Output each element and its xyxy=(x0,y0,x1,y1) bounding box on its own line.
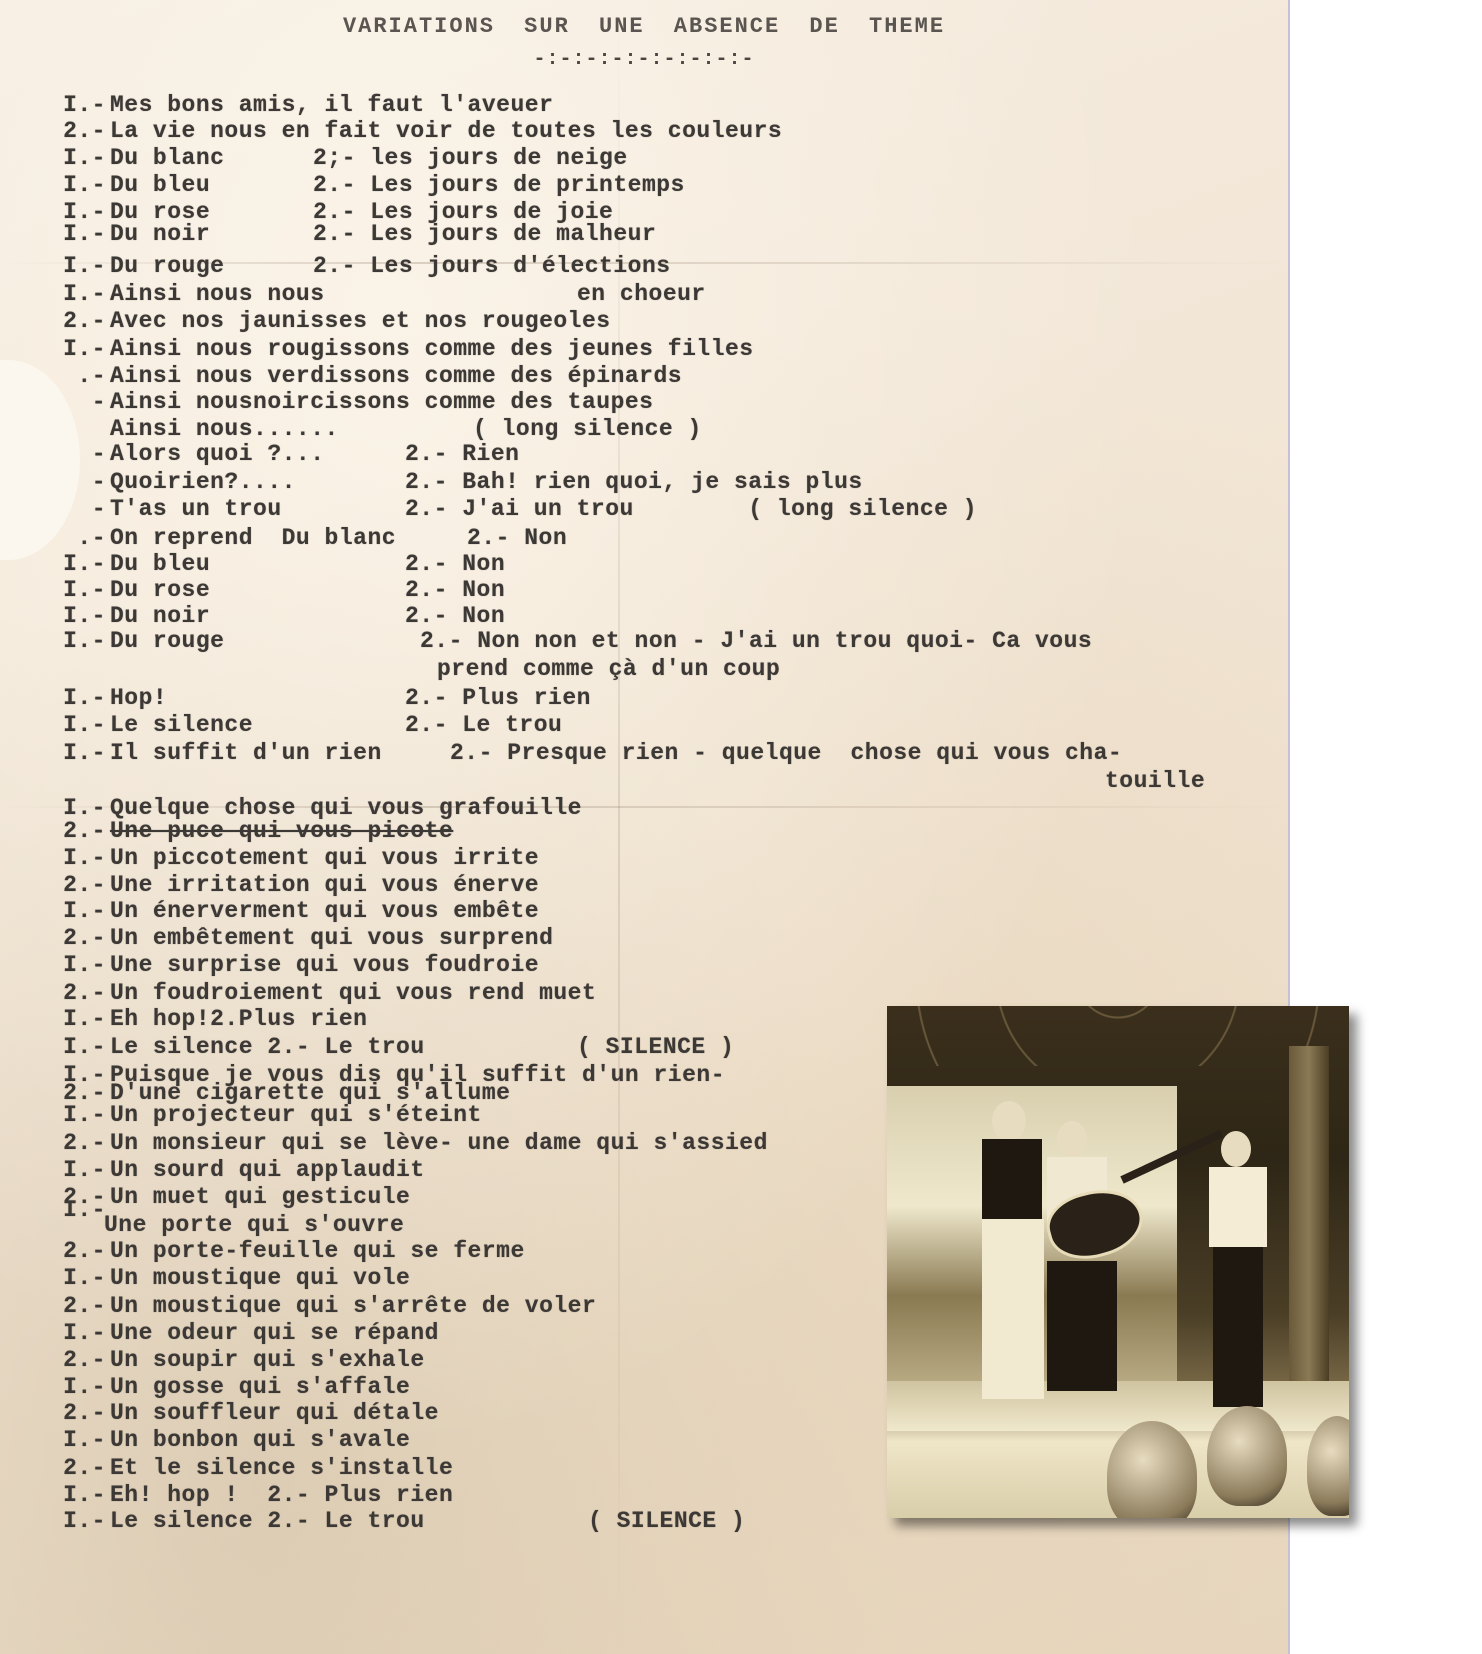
line-text: Un monsieur qui se lève- une dame qui s'… xyxy=(110,1130,768,1156)
line-text: Hop! xyxy=(110,685,167,711)
line-text: Un muet qui gesticule xyxy=(110,1184,410,1210)
line-text: Un sourd qui applaudit xyxy=(110,1157,425,1183)
line-text: Une puce qui vous picote xyxy=(110,818,453,844)
line-text: Un embêtement qui vous surprend xyxy=(110,925,553,951)
speaker-number: I.- xyxy=(46,845,106,871)
line-text: Le silence xyxy=(110,712,253,738)
speaker-number: I.- xyxy=(46,685,106,711)
line-text: Ainsi nous nous xyxy=(110,281,325,307)
speaker-number: I.- xyxy=(46,1265,106,1291)
speaker-number: I.- xyxy=(46,1034,106,1060)
speaker-number: - xyxy=(46,441,106,467)
speaker-number: 2.- xyxy=(46,818,106,844)
speaker-number: I.- xyxy=(46,551,106,577)
script-line: I.-Un moustique qui vole xyxy=(46,1265,410,1291)
script-line: 2.-Un foudroiement qui vous rend muet xyxy=(46,980,596,1006)
script-line: I.-Du rouge2.- Les jours d'élections xyxy=(46,253,224,279)
script-line: 2.-Un monsieur qui se lève- une dame qui… xyxy=(46,1130,768,1156)
line-text: La vie nous en fait voir de toutes les c… xyxy=(110,118,782,144)
line-text: Du noir xyxy=(110,603,210,629)
speaker-number: 2.- xyxy=(46,980,106,1006)
audience-head xyxy=(1207,1406,1287,1506)
speaker-number: - xyxy=(46,469,106,495)
script-line: 2.-Un soupir qui s'exhale xyxy=(46,1347,425,1373)
script-line: I.-Une odeur qui se répand xyxy=(46,1320,439,1346)
speaker-number: 2.- xyxy=(46,872,106,898)
speaker-number: I.- xyxy=(46,1482,106,1508)
script-line: .-Ainsi nous verdissons comme des épinar… xyxy=(46,363,682,389)
line-text: Mes bons amis, il faut l'aveuer xyxy=(110,92,553,118)
speaker-number: I.- xyxy=(46,1374,106,1400)
speaker-number: I.- xyxy=(46,898,106,924)
speaker-number: 2.- xyxy=(46,925,106,951)
reply-text: 2.- Non xyxy=(405,603,505,629)
script-line: 2.-Un souffleur qui détale xyxy=(46,1400,439,1426)
line-text: Un souffleur qui détale xyxy=(110,1400,439,1426)
speaker-number: 2.- xyxy=(46,1455,106,1481)
reply-text: 2.- Presque rien - quelque chose qui vou… xyxy=(450,740,1122,766)
line-text: Le silence 2.- Le trou xyxy=(110,1508,425,1534)
speaker-number: I.- xyxy=(46,281,106,307)
line-text: Eh hop!2.Plus rien xyxy=(110,1006,367,1032)
line-text: Un porte-feuille qui se ferme xyxy=(110,1238,525,1264)
reply-text: prend comme çà d'un coup xyxy=(437,656,780,682)
reply-text: ( long silence ) xyxy=(473,416,702,442)
script-line: I.-Un bonbon qui s'avale xyxy=(46,1427,410,1453)
speaker-number: I.- xyxy=(46,253,106,279)
script-line: I.-Du noir2.- Non xyxy=(46,603,210,629)
speaker-number: I.- xyxy=(46,952,106,978)
reply-text: 2.- Les jours de malheur xyxy=(313,221,656,247)
speaker-number: 2.- xyxy=(46,1130,106,1156)
script-line: I.-Du rose2.- Non xyxy=(46,577,210,603)
line-text: Un moustique qui vole xyxy=(110,1265,410,1291)
script-line: 2.-Et le silence s'installe xyxy=(46,1455,453,1481)
script-line: -Ainsi nousnoircissons comme des taupes xyxy=(46,389,654,415)
script-line: I.-Hop!2.- Plus rien xyxy=(46,685,167,711)
speaker-number: - xyxy=(46,389,106,415)
line-text: Ainsi nousnoircissons comme des taupes xyxy=(110,389,654,415)
script-line: I.-Le silence 2.- Le trou( SILENCE ) xyxy=(46,1034,425,1060)
line-text: Alors quoi ?... xyxy=(110,441,325,467)
line-text: Un gosse qui s'affale xyxy=(110,1374,410,1400)
speaker-number: I.- xyxy=(46,172,106,198)
speaker-number: I.- xyxy=(46,740,106,766)
speaker-number: I.- xyxy=(46,145,106,171)
line-text: T'as un trou xyxy=(110,496,282,522)
line-text: Un moustique qui s'arrête de voler xyxy=(110,1293,596,1319)
speaker-number: I.- xyxy=(46,603,106,629)
speaker-number: - xyxy=(46,496,106,522)
stage-performance-photo xyxy=(887,1006,1349,1518)
line-text: Quoirien?.... xyxy=(110,469,296,495)
line-text: Du rouge xyxy=(110,253,224,279)
script-line: I.-Un énerverment qui vous embête xyxy=(46,898,539,924)
speaker-number: I.- xyxy=(46,1006,106,1032)
script-line: prend comme çà d'un coup xyxy=(46,656,110,682)
speaker-number: I.- xyxy=(46,92,106,118)
line-text: Du noir xyxy=(110,221,210,247)
speaker-number: .- xyxy=(46,363,106,389)
line-text: Une surprise qui vous foudroie xyxy=(110,952,539,978)
reply-text: 2.- Les jours d'élections xyxy=(313,253,671,279)
line-text: Un projecteur qui s'éteint xyxy=(110,1102,482,1128)
reply-text: 2.- Non xyxy=(405,551,505,577)
stage-curtain xyxy=(1289,1046,1329,1386)
reply-text: 2.- Non non et non - J'ai un trou quoi- … xyxy=(420,628,1092,654)
line-text: Du rose xyxy=(110,577,210,603)
reply-text: touille xyxy=(1105,768,1205,794)
line-text: Un énerverment qui vous embête xyxy=(110,898,539,924)
line-text: Du rouge xyxy=(110,628,224,654)
speaker-number: 2.- xyxy=(46,1400,106,1426)
reply-text: 2.- Plus rien xyxy=(405,685,591,711)
script-line: I.-Une surprise qui vous foudroie xyxy=(46,952,539,978)
script-line: I.-Un piccotement qui vous irrite xyxy=(46,845,539,871)
script-line: I.-Du bleu2.- Non xyxy=(46,551,210,577)
reply-text: 2.- Le trou xyxy=(405,712,562,738)
line-text: Un foudroiement qui vous rend muet xyxy=(110,980,596,1006)
script-line: 2.-La vie nous en fait voir de toutes le… xyxy=(46,118,782,144)
script-line: 2.-Une irritation qui vous énerve xyxy=(46,872,539,898)
title-divider: -:-:-:-:-:-:-:-:- xyxy=(0,48,1288,71)
speaker-number: 2.- xyxy=(46,1293,106,1319)
line-text: Un piccotement qui vous irrite xyxy=(110,845,539,871)
script-line: 2.-Une puce qui vous picote xyxy=(46,818,453,844)
document-title: VARIATIONS SUR UNE ABSENCE DE THEME xyxy=(0,14,1288,39)
script-line: 2.-Un moustique qui s'arrête de voler xyxy=(46,1293,596,1319)
speaker-number: 2.- xyxy=(46,1347,106,1373)
script-line: .-On reprend Du blanc2.- Non xyxy=(46,525,396,551)
speaker-number: 2.- xyxy=(46,1238,106,1264)
reply-text: ( SILENCE ) xyxy=(577,1034,734,1060)
script-line: I.-Du bleu2.- Les jours de printemps xyxy=(46,172,210,198)
script-line: I.-Le silence2.- Le trou xyxy=(46,712,253,738)
speaker-number: I.- xyxy=(46,221,106,247)
speaker-number: I.- xyxy=(46,1157,106,1183)
line-text: Du bleu xyxy=(110,551,210,577)
reply-text: 2.- Les jours de printemps xyxy=(313,172,685,198)
speaker-number: I.- xyxy=(46,628,106,654)
reply-text: 2.- Rien xyxy=(405,441,519,467)
reply-text: 2.- Bah! rien quoi, je sais plus xyxy=(405,469,863,495)
script-line: I.-Ainsi nous nousen choeur xyxy=(46,281,325,307)
speaker-number: 2.- xyxy=(46,308,106,334)
script-line: I.-Il suffit d'un rien2.- Presque rien -… xyxy=(46,740,382,766)
script-line: 2.-Un porte-feuille qui se ferme xyxy=(46,1238,525,1264)
speaker-number: I.- xyxy=(46,1427,106,1453)
line-text: Une porte qui s'ouvre xyxy=(104,1212,404,1238)
script-line: I.-Ainsi nous rougissons comme des jeune… xyxy=(46,336,754,362)
script-line: I.-Le silence 2.- Le trou( SILENCE ) xyxy=(46,1508,425,1534)
reply-text: ( SILENCE ) xyxy=(588,1508,745,1534)
line-text: On reprend Du blanc xyxy=(110,525,396,551)
speaker-number: I.- xyxy=(46,712,106,738)
script-line: I.-Eh hop!2.Plus rien xyxy=(46,1006,367,1032)
line-text: Un bonbon qui s'avale xyxy=(110,1427,410,1453)
reply-text: 2.- J'ai un trou ( long silence ) xyxy=(405,496,977,522)
script-line: I.-Mes bons amis, il faut l'aveuer xyxy=(46,92,553,118)
line-text: Ainsi nous...... xyxy=(110,416,339,442)
line-text: Et le silence s'installe xyxy=(110,1455,453,1481)
script-line: I.-Un projecteur qui s'éteint xyxy=(46,1102,482,1128)
script-line: -Quoirien?....2.- Bah! rien quoi, je sai… xyxy=(46,469,296,495)
script-line: -Alors quoi ?...2.- Rien xyxy=(46,441,325,467)
script-line: touille xyxy=(46,768,110,794)
reply-text: 2.- Non xyxy=(467,525,567,551)
reply-text: 2;- les jours de neige xyxy=(313,145,628,171)
script-line: 2.-Avec nos jaunisses et nos rougeoles xyxy=(46,308,611,334)
line-text: Du blanc xyxy=(110,145,224,171)
speaker-number: I.- xyxy=(46,336,106,362)
line-text: Un soupir qui s'exhale xyxy=(110,1347,425,1373)
speaker-number: I.- xyxy=(46,577,106,603)
line-text: Eh! hop ! 2.- Plus rien xyxy=(110,1482,453,1508)
speaker-number: .- xyxy=(46,525,106,551)
script-line: I.-Du blanc2;- les jours de neige xyxy=(46,145,224,171)
stage-drape xyxy=(887,1006,1349,1066)
speaker-number: I.- xyxy=(46,1508,106,1534)
script-line: I.-Un sourd qui applaudit xyxy=(46,1157,425,1183)
line-text: Une odeur qui se répand xyxy=(110,1320,439,1346)
script-line: I.-Eh! hop ! 2.- Plus rien xyxy=(46,1482,453,1508)
reply-text: 2.- Non xyxy=(405,577,505,603)
stage-floor xyxy=(887,1381,1349,1431)
script-line: Une porte qui s'ouvre xyxy=(46,1212,404,1238)
line-text: Ainsi nous rougissons comme des jeunes f… xyxy=(110,336,754,362)
speaker-number: I.- xyxy=(46,1320,106,1346)
script-line: 2.-Un embêtement qui vous surprend xyxy=(46,925,553,951)
speaker-number: 2.- xyxy=(46,118,106,144)
script-line: -T'as un trou2.- J'ai un trou ( long sil… xyxy=(46,496,282,522)
reply-text: en choeur xyxy=(577,281,706,307)
line-text: Ainsi nous verdissons comme des épinards xyxy=(110,363,682,389)
script-line: I.-Du rouge2.- Non non et non - J'ai un … xyxy=(46,628,224,654)
line-text: Le silence 2.- Le trou xyxy=(110,1034,425,1060)
line-text: Avec nos jaunisses et nos rougeoles xyxy=(110,308,611,334)
script-line: I.-Un gosse qui s'affale xyxy=(46,1374,410,1400)
fold-crease xyxy=(618,0,620,1654)
script-line: Ainsi nous......( long silence ) xyxy=(46,416,339,442)
line-text: Il suffit d'un rien xyxy=(110,740,382,766)
line-text: Une irritation qui vous énerve xyxy=(110,872,539,898)
speaker-number: I.- xyxy=(46,1102,106,1128)
line-text: Du bleu xyxy=(110,172,210,198)
script-line: I.-Du noir2.- Les jours de malheur xyxy=(46,221,210,247)
